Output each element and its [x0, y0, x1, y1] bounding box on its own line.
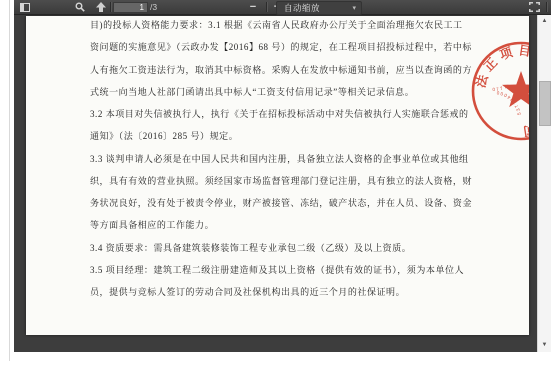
document-page: 目)的投标人资格能力要求：3.1 根据《云南省人民政府办公厅关于全面治理拖欠农民…: [26, 16, 529, 335]
document-line: 3.4 资质要求：需具备建筑装修装饰工程专业承包二级（乙级）及以上资质。: [90, 237, 473, 259]
official-red-seal: 法正项目管理有限公司 5371940000777: [451, 21, 529, 161]
document-line: 资问题的实施意见》（云政办发【2016】68 号）的规定，在工程项目招投标过程中…: [90, 36, 473, 58]
fullscreen-icon: [529, 2, 540, 12]
presentation-mode-button[interactable]: [526, 0, 542, 14]
chevron-down-icon: ▾: [352, 4, 356, 12]
scrollbar-up-button[interactable]: ▲: [538, 15, 551, 27]
search-button[interactable]: [73, 0, 87, 14]
sidebar-toggle-icon: [20, 3, 30, 12]
pdf-viewer: /3 − + 自动缩放 ▾ 目)的投标人资格能力要求：3.1 根据《云南省人民政…: [14, 0, 551, 352]
document-line: 织，具有有效的营业执照。须经国家市场监督管理部门登记注册，具有独立的法人资格，财: [90, 170, 473, 192]
frame-border: [9, 0, 10, 361]
zoom-out-button[interactable]: −: [246, 0, 260, 14]
document-line: 人有拖欠工资违法行为，取消其中标资格。采购人在发放中标通知书前，应当以查询函的方: [90, 59, 473, 81]
scrollbar-down-button[interactable]: ▼: [538, 339, 551, 351]
document-line: 目)的投标人资格能力要求：3.1 根据《云南省人民政府办公厅关于全面治理拖欠农民…: [90, 16, 473, 36]
search-icon: [75, 2, 85, 12]
scroll-up-icon: ▲: [542, 18, 548, 24]
toolbar-separator: [266, 2, 267, 12]
toolbar-separator: [546, 2, 547, 12]
viewer-content-area[interactable]: 目)的投标人资格能力要求：3.1 根据《云南省人民政府办公厅关于全面治理拖欠农民…: [14, 14, 538, 352]
zoom-select[interactable]: 自动缩放 ▾: [276, 1, 362, 15]
scroll-down-icon: ▼: [542, 342, 548, 348]
document-text: 目)的投标人资格能力要求：3.1 根据《云南省人民政府办公厅关于全面治理拖欠农民…: [90, 16, 473, 303]
document-line: 3.2 本项目对失信被执行人，执行《关于在招标投标活动中对失信被执行人实施联合惩…: [90, 103, 473, 125]
document-line: 式统一向当地人社部门函请出具中标人“工资支付信用记录”等相关记录信息。: [90, 81, 473, 103]
page-count-label: /3: [150, 0, 157, 14]
zoom-select-value: 自动缩放: [277, 2, 320, 14]
document-line: 3.5 项目经理：建筑工程二级注册建造师及其以上资格（提供有效的证书），须为本单…: [90, 259, 473, 281]
document-line: 等方面具备相应的工作能力。: [90, 214, 473, 236]
scrollbar-thumb[interactable]: [539, 81, 551, 126]
document-line: 通知》（法〔2016〕285 号）规定。: [90, 125, 473, 147]
document-line: 3.3 谈判申请人必须是在中国人民共和国内注册，具备独立法人资格的企事业单位或其…: [90, 148, 473, 170]
app-window: { "toolbar": { "page_input_value": "1", …: [0, 0, 553, 365]
vertical-scrollbar[interactable]: ▲ ▼: [537, 14, 551, 352]
document-line: 务状况良好，没有处于被责令停业，财产被接管、冻结，破产状态，并在人员、设备、资金: [90, 192, 473, 214]
sidebar-toggle-button[interactable]: [18, 0, 32, 14]
document-line: 员，提供与竞标人签订的劳动合同及社保机构出具的近三个月的社保证明。: [90, 281, 473, 303]
pdf-toolbar: /3 − + 自动缩放 ▾: [14, 0, 551, 15]
page-number-input[interactable]: [113, 2, 148, 13]
